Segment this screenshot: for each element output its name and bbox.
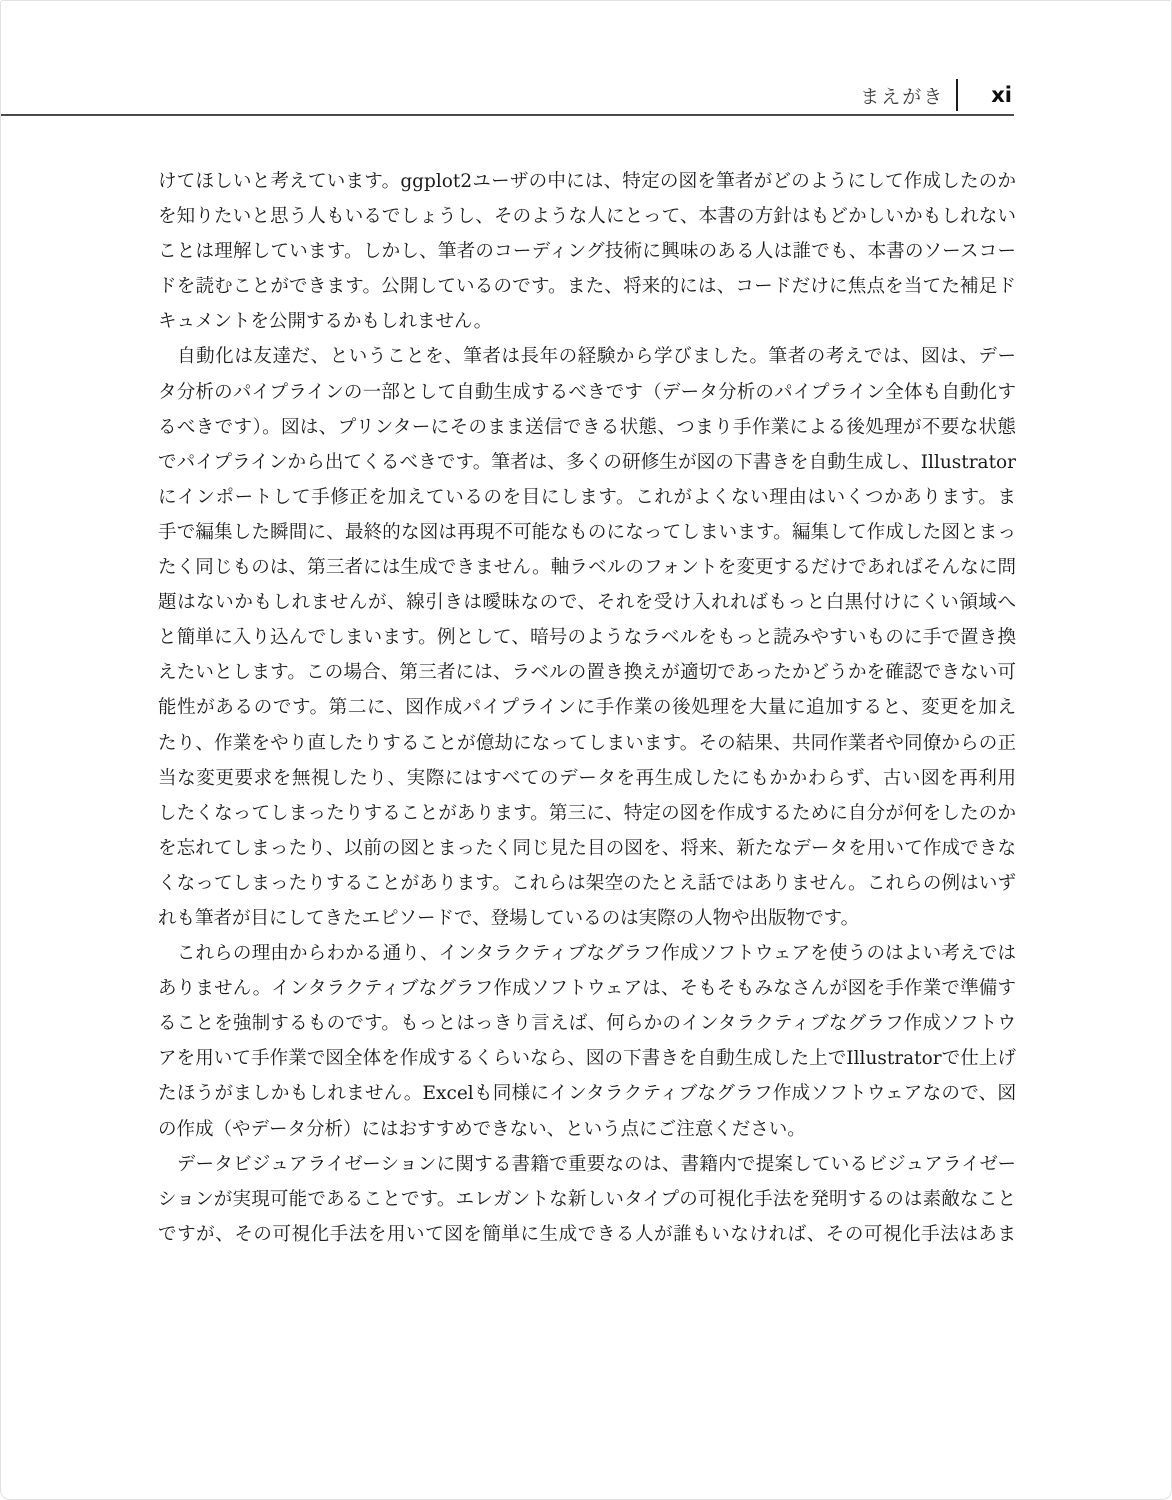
text-line: 当な変更要求を無視したり、実際にはすべてのデータを再生成したにもかかわらず、古い… xyxy=(158,761,1016,796)
text-line: ありません。インタラクティブなグラフ作成ソフトウェアは、そもそもみなさんが図を手… xyxy=(158,971,1016,1006)
paragraph: 自動化は友達だ、ということを、筆者は長年の経験から学びました。筆者の考えでは、図… xyxy=(158,339,1016,936)
page-header: まえがき xi xyxy=(860,78,1012,112)
text-line: キュメントを公開するかもしれません。 xyxy=(158,304,1016,339)
text-line: タ分析のパイプラインの一部として自動生成するべきです（データ分析のパイプライン全… xyxy=(158,375,1016,410)
body-text: けてほしいと考えています。ggplot2ユーザの中には、特定の図を筆者がどのよう… xyxy=(158,164,1016,1252)
text-line: ることを強制するものです。もっとはっきり言えば、何らかのインタラクティブなグラフ… xyxy=(158,1006,1016,1041)
text-line: るべきです）。図は、プリンターにそのまま送信できる状態、つまり手作業による後処理… xyxy=(158,410,1016,445)
header-rule xyxy=(1,114,1014,116)
paragraph: データビジュアライゼーションに関する書籍で重要なのは、書籍内で提案しているビジュ… xyxy=(158,1147,1016,1252)
text-line: データビジュアライゼーションに関する書籍で重要なのは、書籍内で提案しているビジュ… xyxy=(158,1147,1016,1182)
running-head-title: まえがき xyxy=(860,82,944,109)
text-line: したくなってしまったりすることがあります。第三に、特定の図を作成するために自分が… xyxy=(158,796,1016,831)
text-line: でパイプラインから出てくるべきです。筆者は、多くの研修生が図の下書きを自動生成し… xyxy=(158,445,1016,480)
text-line: たほうがましかもしれません。Excelも同様にインタラクティブなグラフ作成ソフト… xyxy=(158,1076,1016,1111)
text-line: けてほしいと考えています。ggplot2ユーザの中には、特定の図を筆者がどのよう… xyxy=(158,164,1016,199)
text-line: ションが実現可能であることです。エレガントな新しいタイプの可視化手法を発明するの… xyxy=(158,1182,1016,1217)
text-line: を忘れてしまったり、以前の図とまったく同じ見た目の図を、将来、新たなデータを用い… xyxy=(158,831,1016,866)
text-line: の作成（やデータ分析）にはおすすめできない、という点にご注意ください。 xyxy=(158,1112,1016,1147)
text-line: 題はないかもしれませんが、線引きは曖昧なので、それを受け入れればもっと白黒付けに… xyxy=(158,585,1016,620)
text-line: を知りたいと思う人もいるでしょうし、そのような人にとって、本書の方針はもどかしい… xyxy=(158,199,1016,234)
text-line: たく同じものは、第三者には生成できません。軸ラベルのフォントを変更するだけであれ… xyxy=(158,550,1016,585)
header-divider xyxy=(956,79,958,111)
book-page: まえがき xi けてほしいと考えています。ggplot2ユーザの中には、特定の図… xyxy=(0,0,1172,1500)
text-line: 自動化は友達だ、ということを、筆者は長年の経験から学びました。筆者の考えでは、図… xyxy=(158,339,1016,374)
text-line: ですが、その可視化手法を用いて図を簡単に生成できる人が誰もいなければ、その可視化… xyxy=(158,1217,1016,1252)
page-number: xi xyxy=(991,83,1012,107)
text-line: たり、作業をやり直したりすることが億劫になってしまいます。その結果、共同作業者や… xyxy=(158,726,1016,761)
text-line: ことは理解しています。しかし、筆者のコーディング技術に興味のある人は誰でも、本書… xyxy=(158,234,1016,269)
paragraph: これらの理由からわかる通り、インタラクティブなグラフ作成ソフトウェアを使うのはよ… xyxy=(158,936,1016,1147)
text-line: れも筆者が目にしてきたエピソードで、登場しているのは実際の人物や出版物です。 xyxy=(158,901,1016,936)
text-line: ドを読むことができます。公開しているのです。また、将来的には、コードだけに焦点を… xyxy=(158,269,1016,304)
text-line: えたいとします。この場合、第三者には、ラベルの置き換えが適切であったかどうかを確… xyxy=(158,655,1016,690)
text-line: くなってしまったりすることがあります。これらは架空のたとえ話ではありません。これ… xyxy=(158,866,1016,901)
text-line: 能性があるのです。第二に、図作成パイプラインに手作業の後処理を大量に追加すると、… xyxy=(158,690,1016,725)
text-line: にインポートして手修正を加えているのを目にします。これがよくない理由はいくつかあ… xyxy=(158,480,1016,515)
text-line: 手で編集した瞬間に、最終的な図は再現不可能なものになってしまいます。編集して作成… xyxy=(158,515,1016,550)
text-line: アを用いて手作業で図全体を作成するくらいなら、図の下書きを自動生成した上でIll… xyxy=(158,1041,1016,1076)
text-line: と簡単に入り込んでしまいます。例として、暗号のようなラベルをもっと読みやすいもの… xyxy=(158,620,1016,655)
paragraph: けてほしいと考えています。ggplot2ユーザの中には、特定の図を筆者がどのよう… xyxy=(158,164,1016,339)
text-line: これらの理由からわかる通り、インタラクティブなグラフ作成ソフトウェアを使うのはよ… xyxy=(158,936,1016,971)
